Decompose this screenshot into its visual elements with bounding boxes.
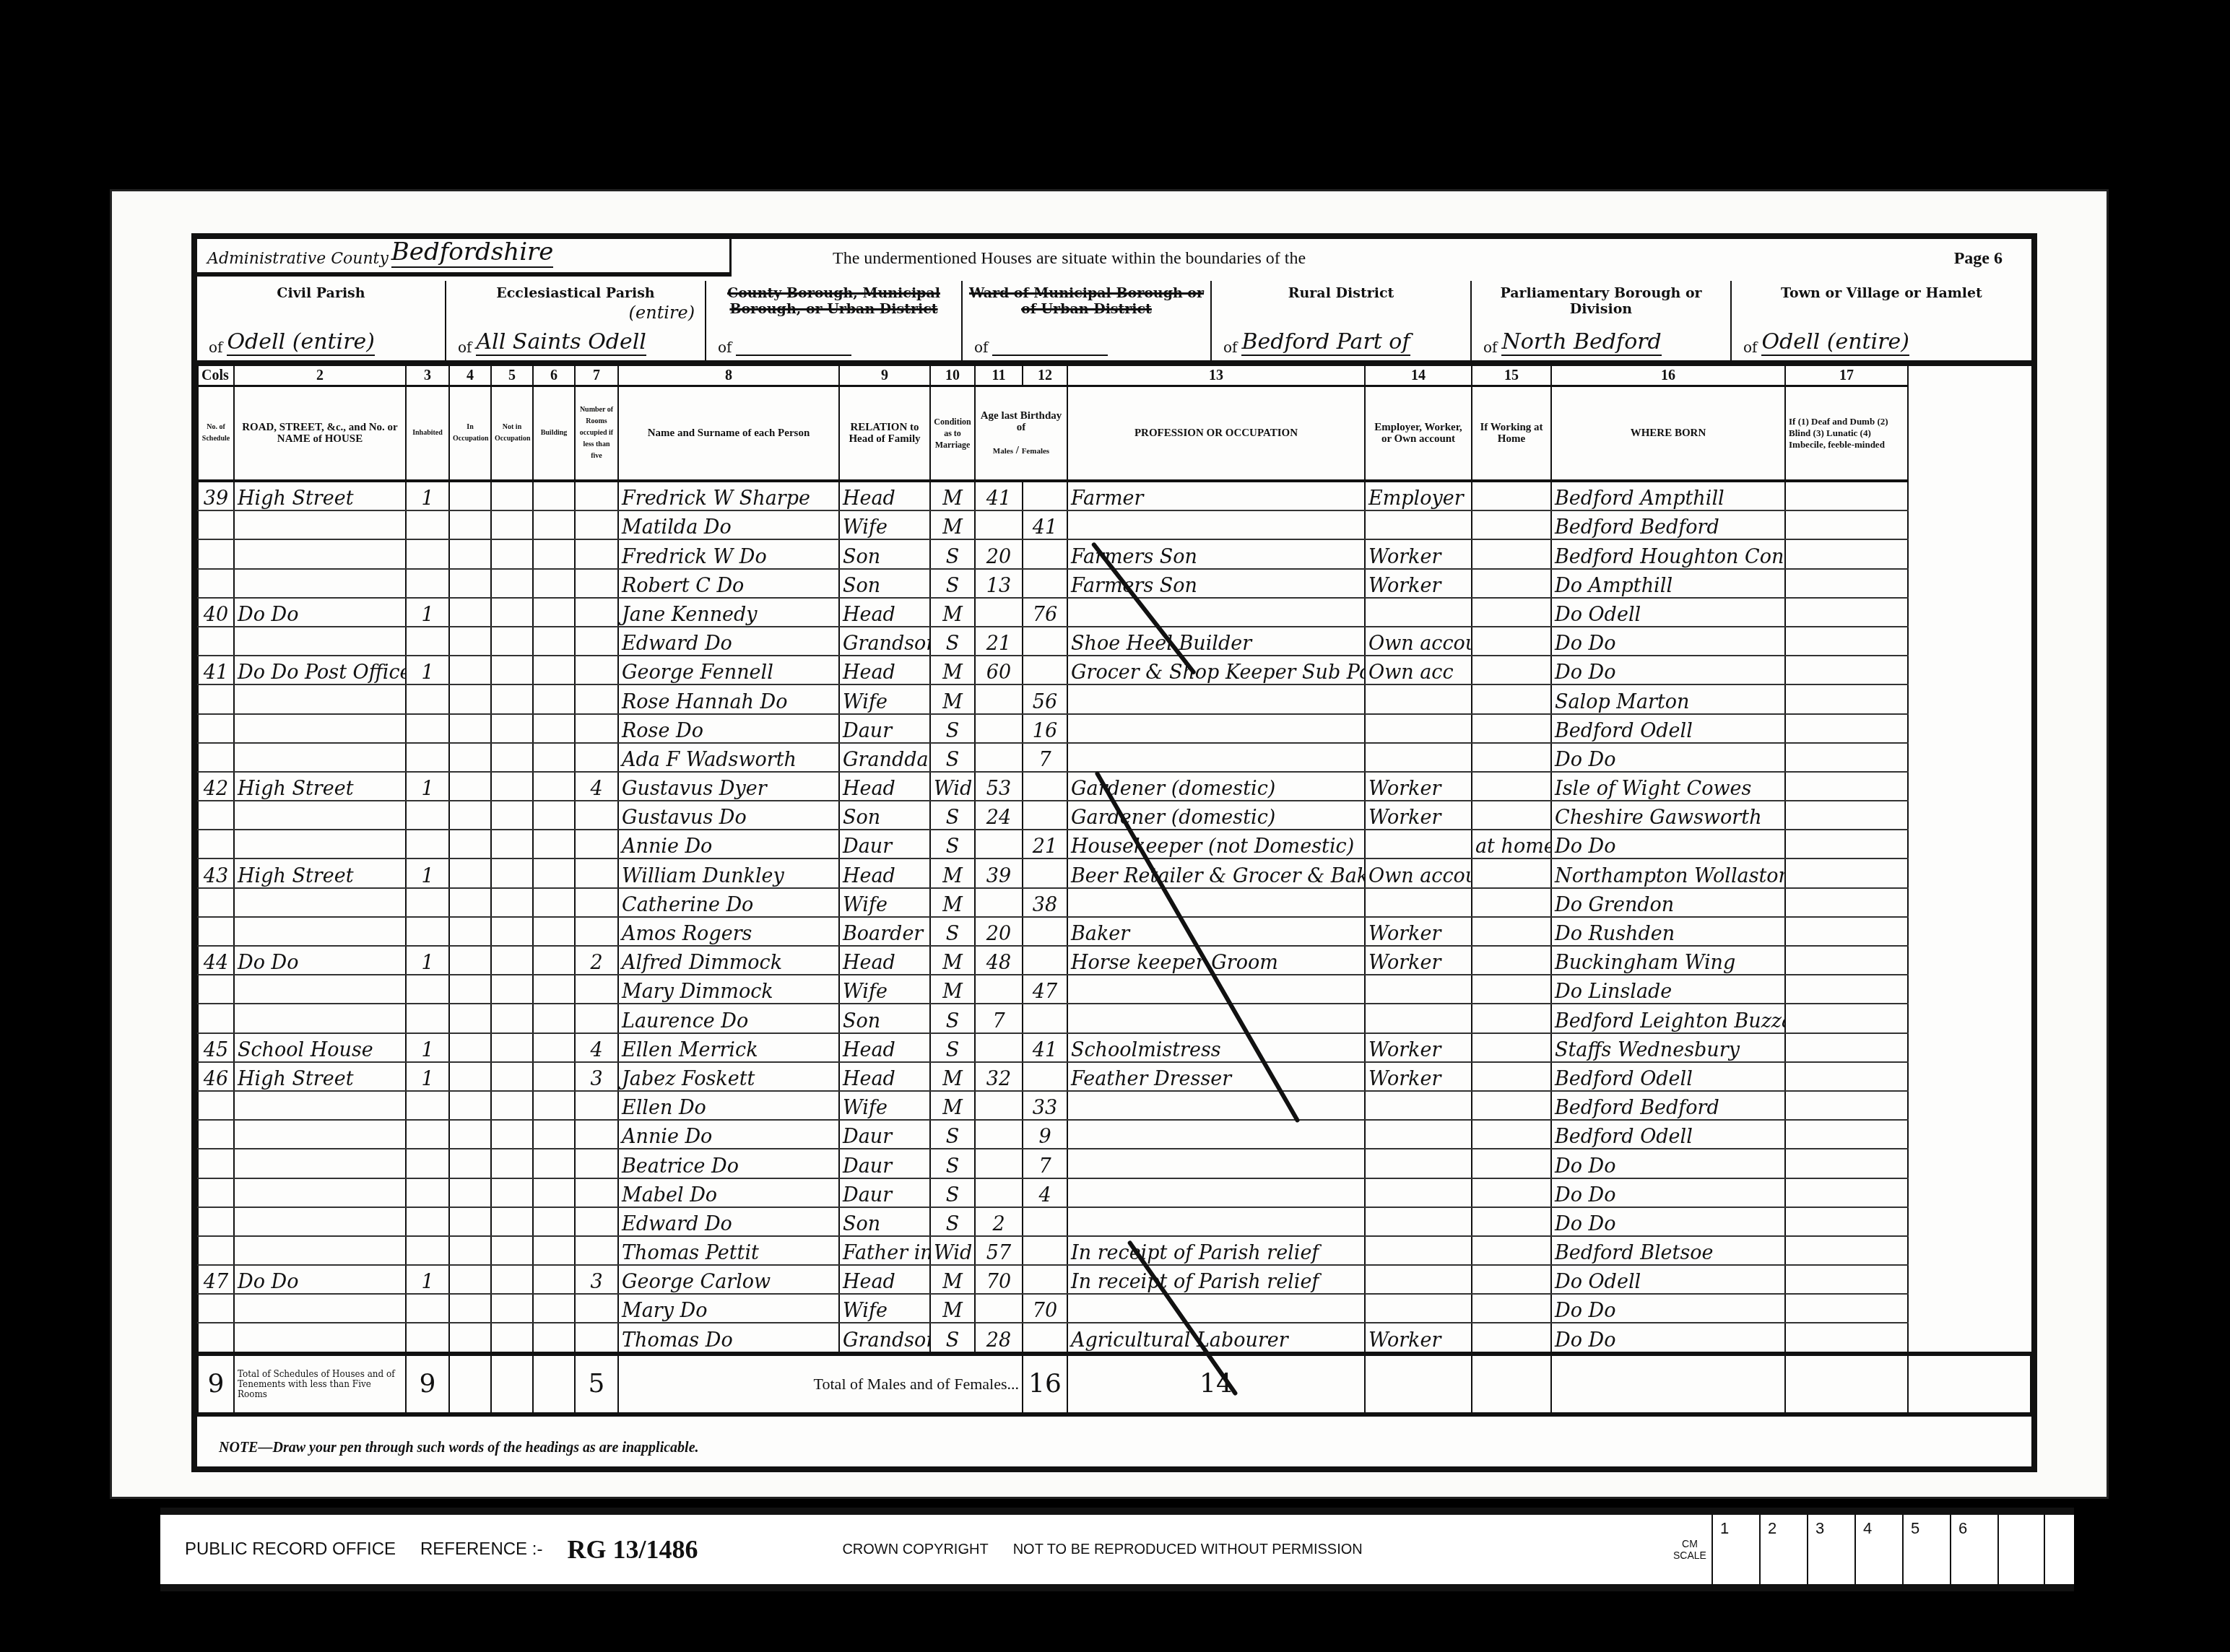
employment-status: Worker <box>1365 1062 1472 1091</box>
age-male: 32 <box>975 1062 1023 1091</box>
header-schedule: No. of Schedule <box>198 386 234 482</box>
age-female: 9 <box>1023 1120 1067 1149</box>
schedule-number: 40 <box>198 598 234 627</box>
employment-status <box>1365 510 1472 539</box>
marital-condition: S <box>930 1178 975 1207</box>
inhabited-count <box>406 1323 449 1353</box>
occupation: Shoe Heel Builder <box>1067 627 1365 656</box>
inhabited-count <box>406 1236 449 1265</box>
working-at-home <box>1472 1004 1551 1032</box>
reference-label: REFERENCE :- <box>420 1539 542 1560</box>
relation-to-head: Head <box>839 772 930 801</box>
column-numbers: Cols 1234567891011121314151617 <box>198 366 2031 386</box>
infirmity <box>1785 1120 1908 1149</box>
inhabited-count: 1 <box>406 1033 449 1062</box>
empty-cell <box>449 801 491 830</box>
empty-cell <box>491 1033 533 1062</box>
empty-cell <box>533 946 575 975</box>
rooms-count <box>575 1236 618 1265</box>
employment-status: Worker <box>1365 1323 1472 1353</box>
empty-cell <box>449 830 491 858</box>
working-at-home <box>1472 743 1551 772</box>
empty-cell <box>449 1178 491 1207</box>
age-male <box>975 510 1023 539</box>
infirmity <box>1785 772 1908 801</box>
empty-cell <box>491 1062 533 1091</box>
age-male <box>975 1178 1023 1207</box>
empty-cell <box>533 801 575 830</box>
relation-to-head: Daur <box>839 1149 930 1178</box>
header-name: Name and Surname of each Person <box>618 386 839 482</box>
header-road: ROAD, STREET, &c., and No. or NAME of HO… <box>234 386 406 482</box>
relation-to-head: Head <box>839 1033 930 1062</box>
empty-cell <box>533 627 575 656</box>
road-or-house <box>234 1207 406 1236</box>
schedule-number: 39 <box>198 481 234 510</box>
census-row: Laurence DoSonS7Bedford Leighton Buzzard <box>198 1004 2031 1032</box>
relation-to-head: Son <box>839 569 930 598</box>
admin-county-label: Administrative County <box>207 250 389 268</box>
marital-condition: S <box>930 1033 975 1062</box>
empty-cell <box>533 481 575 510</box>
employment-status: Worker <box>1365 917 1472 946</box>
rooms-count <box>575 656 618 684</box>
working-at-home <box>1472 1033 1551 1062</box>
where-born: Bedford Odell <box>1551 1062 1785 1091</box>
empty-cell <box>491 569 533 598</box>
schedule-number <box>198 539 234 568</box>
schedule-number <box>198 684 234 713</box>
marital-condition: M <box>930 975 975 1004</box>
road-or-house: Do Do <box>234 946 406 975</box>
relation-to-head: Daur <box>839 1120 930 1149</box>
header-condition: Condition as to Marriage <box>930 386 975 482</box>
schedule-number: 44 <box>198 946 234 975</box>
schedule-number <box>198 1149 234 1178</box>
infirmity <box>1785 1323 1908 1353</box>
age-female <box>1023 946 1067 975</box>
infirmity <box>1785 743 1908 772</box>
infirmity <box>1785 539 1908 568</box>
road-or-house: High Street <box>234 1062 406 1091</box>
empty-cell <box>533 539 575 568</box>
employment-status: Own acc <box>1365 656 1472 684</box>
schedule-number: 46 <box>198 1062 234 1091</box>
infirmity <box>1785 1236 1908 1265</box>
total-males: 16 <box>1023 1354 1067 1414</box>
administrative-county: Administrative County Bedfordshire <box>197 239 732 277</box>
occupation: Housekeeper (not Domestic) <box>1067 830 1365 858</box>
relation-to-head: Head <box>839 481 930 510</box>
inhabited-count: 1 <box>406 946 449 975</box>
age-male: 2 <box>975 1207 1023 1236</box>
marital-condition: M <box>930 656 975 684</box>
town-or-village-value: Odell (entire) <box>1761 329 1909 356</box>
relation-to-head: Head <box>839 598 930 627</box>
employment-status: Worker <box>1365 539 1472 568</box>
empty-cell <box>449 714 491 743</box>
employment-status: Worker <box>1365 772 1472 801</box>
road-or-house <box>234 1178 406 1207</box>
age-male <box>975 1120 1023 1149</box>
employment-status: Worker <box>1365 1033 1472 1062</box>
relation-to-head: Wife <box>839 510 930 539</box>
inhabited-count <box>406 510 449 539</box>
occupation <box>1067 1091 1365 1120</box>
schedule-number <box>198 569 234 598</box>
person-name: Alfred Dimmock <box>618 946 839 975</box>
header-relation: RELATION to Head of Family <box>839 386 930 482</box>
marital-condition: M <box>930 684 975 713</box>
totals-row: 9 Total of Schedules of Houses and of Te… <box>198 1354 2031 1414</box>
road-or-house <box>234 975 406 1004</box>
infirmity <box>1785 627 1908 656</box>
inhabited-count <box>406 1120 449 1149</box>
employment-status <box>1365 684 1472 713</box>
empty-cell <box>533 888 575 917</box>
census-row: 40Do Do1Jane KennedyHeadM76Do Odell <box>198 598 2031 627</box>
marital-condition: M <box>930 1091 975 1120</box>
occupation: In receipt of Parish relief <box>1067 1265 1365 1294</box>
marital-condition: Wid <box>930 1236 975 1265</box>
census-row: Annie DoDaurS21Housekeeper (not Domestic… <box>198 830 2031 858</box>
age-female <box>1023 917 1067 946</box>
rooms-count <box>575 1120 618 1149</box>
occupation: In receipt of Parish relief <box>1067 1236 1365 1265</box>
empty-cell <box>449 975 491 1004</box>
person-name: Gustavus Do <box>618 801 839 830</box>
copyright-label: CROWN COPYRIGHT <box>842 1542 988 1558</box>
relation-to-head: Father in Law <box>839 1236 930 1265</box>
age-female: 47 <box>1023 975 1067 1004</box>
age-female <box>1023 858 1067 887</box>
census-row: 43High Street1William DunkleyHeadM39Beer… <box>198 858 2031 887</box>
employment-status <box>1365 1004 1472 1032</box>
road-or-house <box>234 1120 406 1149</box>
road-or-house <box>234 510 406 539</box>
rooms-count <box>575 684 618 713</box>
occupation <box>1067 1178 1365 1207</box>
census-row: 46High Street13Jabez FoskettHeadM32Feath… <box>198 1062 2031 1091</box>
person-name: Annie Do <box>618 1120 839 1149</box>
schedule-number <box>198 743 234 772</box>
employment-status <box>1365 888 1472 917</box>
census-row: Mabel DoDaurS4Do Do <box>198 1178 2031 1207</box>
schedule-number <box>198 510 234 539</box>
working-at-home <box>1472 946 1551 975</box>
schedule-number <box>198 917 234 946</box>
age-female <box>1023 801 1067 830</box>
working-at-home <box>1472 1323 1551 1353</box>
age-female <box>1023 539 1067 568</box>
marital-condition: S <box>930 569 975 598</box>
employment-status <box>1365 743 1472 772</box>
road-or-house <box>234 1236 406 1265</box>
infirmity <box>1785 946 1908 975</box>
empty-cell <box>449 1033 491 1062</box>
census-row: 41Do Do Post Office1George FennellHeadM6… <box>198 656 2031 684</box>
road-or-house <box>234 627 406 656</box>
where-born: Do Linslade <box>1551 975 1785 1004</box>
marital-condition: S <box>930 539 975 568</box>
age-male: 13 <box>975 569 1023 598</box>
occupation: Farmers Son <box>1067 569 1365 598</box>
road-or-house: Do Do Post Office <box>234 656 406 684</box>
working-at-home: at home <box>1472 830 1551 858</box>
employment-status <box>1365 1207 1472 1236</box>
schedule-number: 42 <box>198 772 234 801</box>
age-female: 33 <box>1023 1091 1067 1120</box>
schedule-number <box>198 1004 234 1032</box>
marital-condition: Wid <box>930 772 975 801</box>
inhabited-count <box>406 1149 449 1178</box>
schedule-number <box>198 627 234 656</box>
working-at-home <box>1472 627 1551 656</box>
empty-cell <box>533 1004 575 1032</box>
age-male: 28 <box>975 1323 1023 1353</box>
road-or-house: Do Do <box>234 598 406 627</box>
census-row: Mary DoWifeM70Do Do <box>198 1294 2031 1323</box>
empty-cell <box>449 1149 491 1178</box>
age-male <box>975 743 1023 772</box>
occupation: Grocer & Shop Keeper Sub Postmaster <box>1067 656 1365 684</box>
header-building: Building <box>533 386 575 482</box>
age-male: 20 <box>975 917 1023 946</box>
age-female <box>1023 1004 1067 1032</box>
census-row: Amos RogersBoarderS20BakerWorkerDo Rushd… <box>198 917 2031 946</box>
person-name: Jabez Foskett <box>618 1062 839 1091</box>
relation-to-head: Boarder <box>839 917 930 946</box>
census-row: Ada F WadsworthGranddaurS7Do Do <box>198 743 2031 772</box>
relation-to-head: Head <box>839 1062 930 1091</box>
empty-cell <box>449 772 491 801</box>
employment-status <box>1365 598 1472 627</box>
employment-status: Employer <box>1365 481 1472 510</box>
person-name: Laurence Do <box>618 1004 839 1032</box>
age-male <box>975 975 1023 1004</box>
header-age: Age last Birthday ofMales / Females <box>975 386 1067 482</box>
empty-cell <box>491 598 533 627</box>
occupation <box>1067 714 1365 743</box>
empty-cell <box>491 714 533 743</box>
age-female: 56 <box>1023 684 1067 713</box>
inhabited-count <box>406 917 449 946</box>
film-edge <box>2121 191 2143 1491</box>
rooms-count <box>575 714 618 743</box>
rooms-count <box>575 1004 618 1032</box>
infirmity <box>1785 858 1908 887</box>
empty-cell <box>491 858 533 887</box>
empty-cell <box>491 1149 533 1178</box>
where-born: Do Do <box>1551 656 1785 684</box>
inhabited-count <box>406 1091 449 1120</box>
where-born: Do Grendon <box>1551 888 1785 917</box>
working-at-home <box>1472 975 1551 1004</box>
county-borough: County Borough, Municipal Borough, or Ur… <box>706 281 963 360</box>
empty-cell <box>491 917 533 946</box>
empty-cell <box>491 1294 533 1323</box>
header-employer: Employer, Worker, or Own account <box>1365 386 1472 482</box>
working-at-home <box>1472 801 1551 830</box>
page-number: Page 6 <box>1954 249 2003 269</box>
road-or-house <box>234 539 406 568</box>
rooms-count <box>575 481 618 510</box>
working-at-home <box>1472 772 1551 801</box>
where-born: Do Do <box>1551 1323 1785 1353</box>
marital-condition: S <box>930 1149 975 1178</box>
census-row: Rose Hannah DoWifeM56Salop Marton <box>198 684 2031 713</box>
employment-status: Worker <box>1365 569 1472 598</box>
empty-cell <box>533 917 575 946</box>
marital-condition: M <box>930 1265 975 1294</box>
road-or-house <box>234 917 406 946</box>
rooms-count <box>575 888 618 917</box>
person-name: Ada F Wadsworth <box>618 743 839 772</box>
occupation: Gardener (domestic) <box>1067 801 1365 830</box>
relation-to-head: Son <box>839 1207 930 1236</box>
rooms-count <box>575 830 618 858</box>
age-female: 7 <box>1023 1149 1067 1178</box>
inhabited-count <box>406 743 449 772</box>
person-name: Edward Do <box>618 1207 839 1236</box>
road-or-house <box>234 684 406 713</box>
where-born: Bedford Bedford <box>1551 1091 1785 1120</box>
empty-cell <box>449 1062 491 1091</box>
empty-cell <box>449 627 491 656</box>
marital-condition: M <box>930 888 975 917</box>
empty-cell <box>449 858 491 887</box>
archive-reference-strip: PUBLIC RECORD OFFICE REFERENCE :- RG 13/… <box>160 1508 2074 1591</box>
total-rooms: 5 <box>575 1354 618 1414</box>
inhabited-count <box>406 1004 449 1032</box>
employment-status <box>1365 1120 1472 1149</box>
working-at-home <box>1472 598 1551 627</box>
census-row: 45School House14Ellen MerrickHeadS41Scho… <box>198 1033 2031 1062</box>
working-at-home <box>1472 539 1551 568</box>
where-born: Bedford Bletsoe <box>1551 1236 1785 1265</box>
rooms-count <box>575 801 618 830</box>
age-male: 39 <box>975 858 1023 887</box>
person-name: Annie Do <box>618 830 839 858</box>
empty-cell <box>533 598 575 627</box>
empty-cell <box>533 975 575 1004</box>
where-born: Do Odell <box>1551 598 1785 627</box>
relation-to-head: Grandson <box>839 1323 930 1353</box>
occupation <box>1067 1004 1365 1032</box>
census-page: Administrative County Bedfordshire The u… <box>110 189 2109 1499</box>
occupation <box>1067 510 1365 539</box>
occupation: Horse keeper Groom <box>1067 946 1365 975</box>
empty-cell <box>491 656 533 684</box>
ward: Ward of Municipal Borough or of Urban Di… <box>963 281 1212 360</box>
age-female: 76 <box>1023 598 1067 627</box>
column-headers: No. of Schedule ROAD, STREET, &c., and N… <box>198 386 2031 482</box>
inhabited-count: 1 <box>406 1265 449 1294</box>
rooms-count <box>575 627 618 656</box>
employment-status: Worker <box>1365 946 1472 975</box>
rooms-count: 3 <box>575 1265 618 1294</box>
age-male <box>975 598 1023 627</box>
inhabited-count <box>406 1178 449 1207</box>
infirmity <box>1785 1294 1908 1323</box>
road-or-house <box>234 888 406 917</box>
rooms-count <box>575 598 618 627</box>
road-or-house <box>234 714 406 743</box>
schedule-number <box>198 1294 234 1323</box>
rural-district: Rural District ofBedford Part of <box>1212 281 1472 360</box>
empty-cell <box>491 1091 533 1120</box>
relation-to-head: Daur <box>839 830 930 858</box>
empty-cell <box>491 1236 533 1265</box>
age-female: 70 <box>1023 1294 1067 1323</box>
total-schedules: 9 <box>198 1354 234 1414</box>
census-row: Edward DoSonS2Do Do <box>198 1207 2031 1236</box>
person-name: Rose Hannah Do <box>618 684 839 713</box>
occupation: Agricultural Labourer <box>1067 1323 1365 1353</box>
rooms-count <box>575 1178 618 1207</box>
empty-cell <box>449 656 491 684</box>
person-name: Mary Dimmock <box>618 975 839 1004</box>
cm-scale: CM SCALE 1 2 3 4 5 6 <box>1668 1515 2045 1584</box>
census-form: Administrative County Bedfordshire The u… <box>191 233 2037 1472</box>
employment-status <box>1365 1178 1472 1207</box>
occupation: Farmer <box>1067 481 1365 510</box>
road-or-house <box>234 743 406 772</box>
employment-status: Own account <box>1365 858 1472 887</box>
schedule-number <box>198 1236 234 1265</box>
marital-condition: M <box>930 858 975 887</box>
age-male <box>975 1033 1023 1062</box>
town-or-village: Town or Village or Hamlet ofOdell (entir… <box>1732 281 2031 360</box>
rooms-count: 2 <box>575 946 618 975</box>
road-or-house <box>234 830 406 858</box>
person-name: Fredrick W Sharpe <box>618 481 839 510</box>
working-at-home <box>1472 1149 1551 1178</box>
schedule-number: 43 <box>198 858 234 887</box>
age-male: 7 <box>975 1004 1023 1032</box>
header-occupation: PROFESSION OR OCCUPATION <box>1067 386 1365 482</box>
working-at-home <box>1472 858 1551 887</box>
marital-condition: M <box>930 1062 975 1091</box>
census-row: Thomas DoGrandsonS28Agricultural Laboure… <box>198 1323 2031 1353</box>
infirmity <box>1785 917 1908 946</box>
infirmity <box>1785 569 1908 598</box>
rooms-count <box>575 858 618 887</box>
marital-condition: S <box>930 1323 975 1353</box>
age-female <box>1023 627 1067 656</box>
infirmity <box>1785 1265 1908 1294</box>
road-or-house <box>234 801 406 830</box>
empty-cell <box>449 946 491 975</box>
age-female <box>1023 1207 1067 1236</box>
relation-to-head: Wife <box>839 975 930 1004</box>
age-female: 41 <box>1023 510 1067 539</box>
age-female: 38 <box>1023 888 1067 917</box>
rooms-count <box>575 1323 618 1353</box>
employment-status <box>1365 1091 1472 1120</box>
age-male: 41 <box>975 481 1023 510</box>
inhabited-count: 1 <box>406 858 449 887</box>
working-at-home <box>1472 1091 1551 1120</box>
where-born: Isle of Wight Cowes <box>1551 772 1785 801</box>
empty-cell <box>533 1120 575 1149</box>
person-name: Amos Rogers <box>618 917 839 946</box>
empty-cell <box>449 888 491 917</box>
marital-condition: S <box>930 830 975 858</box>
empty-cell <box>533 743 575 772</box>
age-female <box>1023 656 1067 684</box>
header-infirmity: If (1) Deaf and Dumb (2) Blind (3) Lunat… <box>1785 386 1908 482</box>
